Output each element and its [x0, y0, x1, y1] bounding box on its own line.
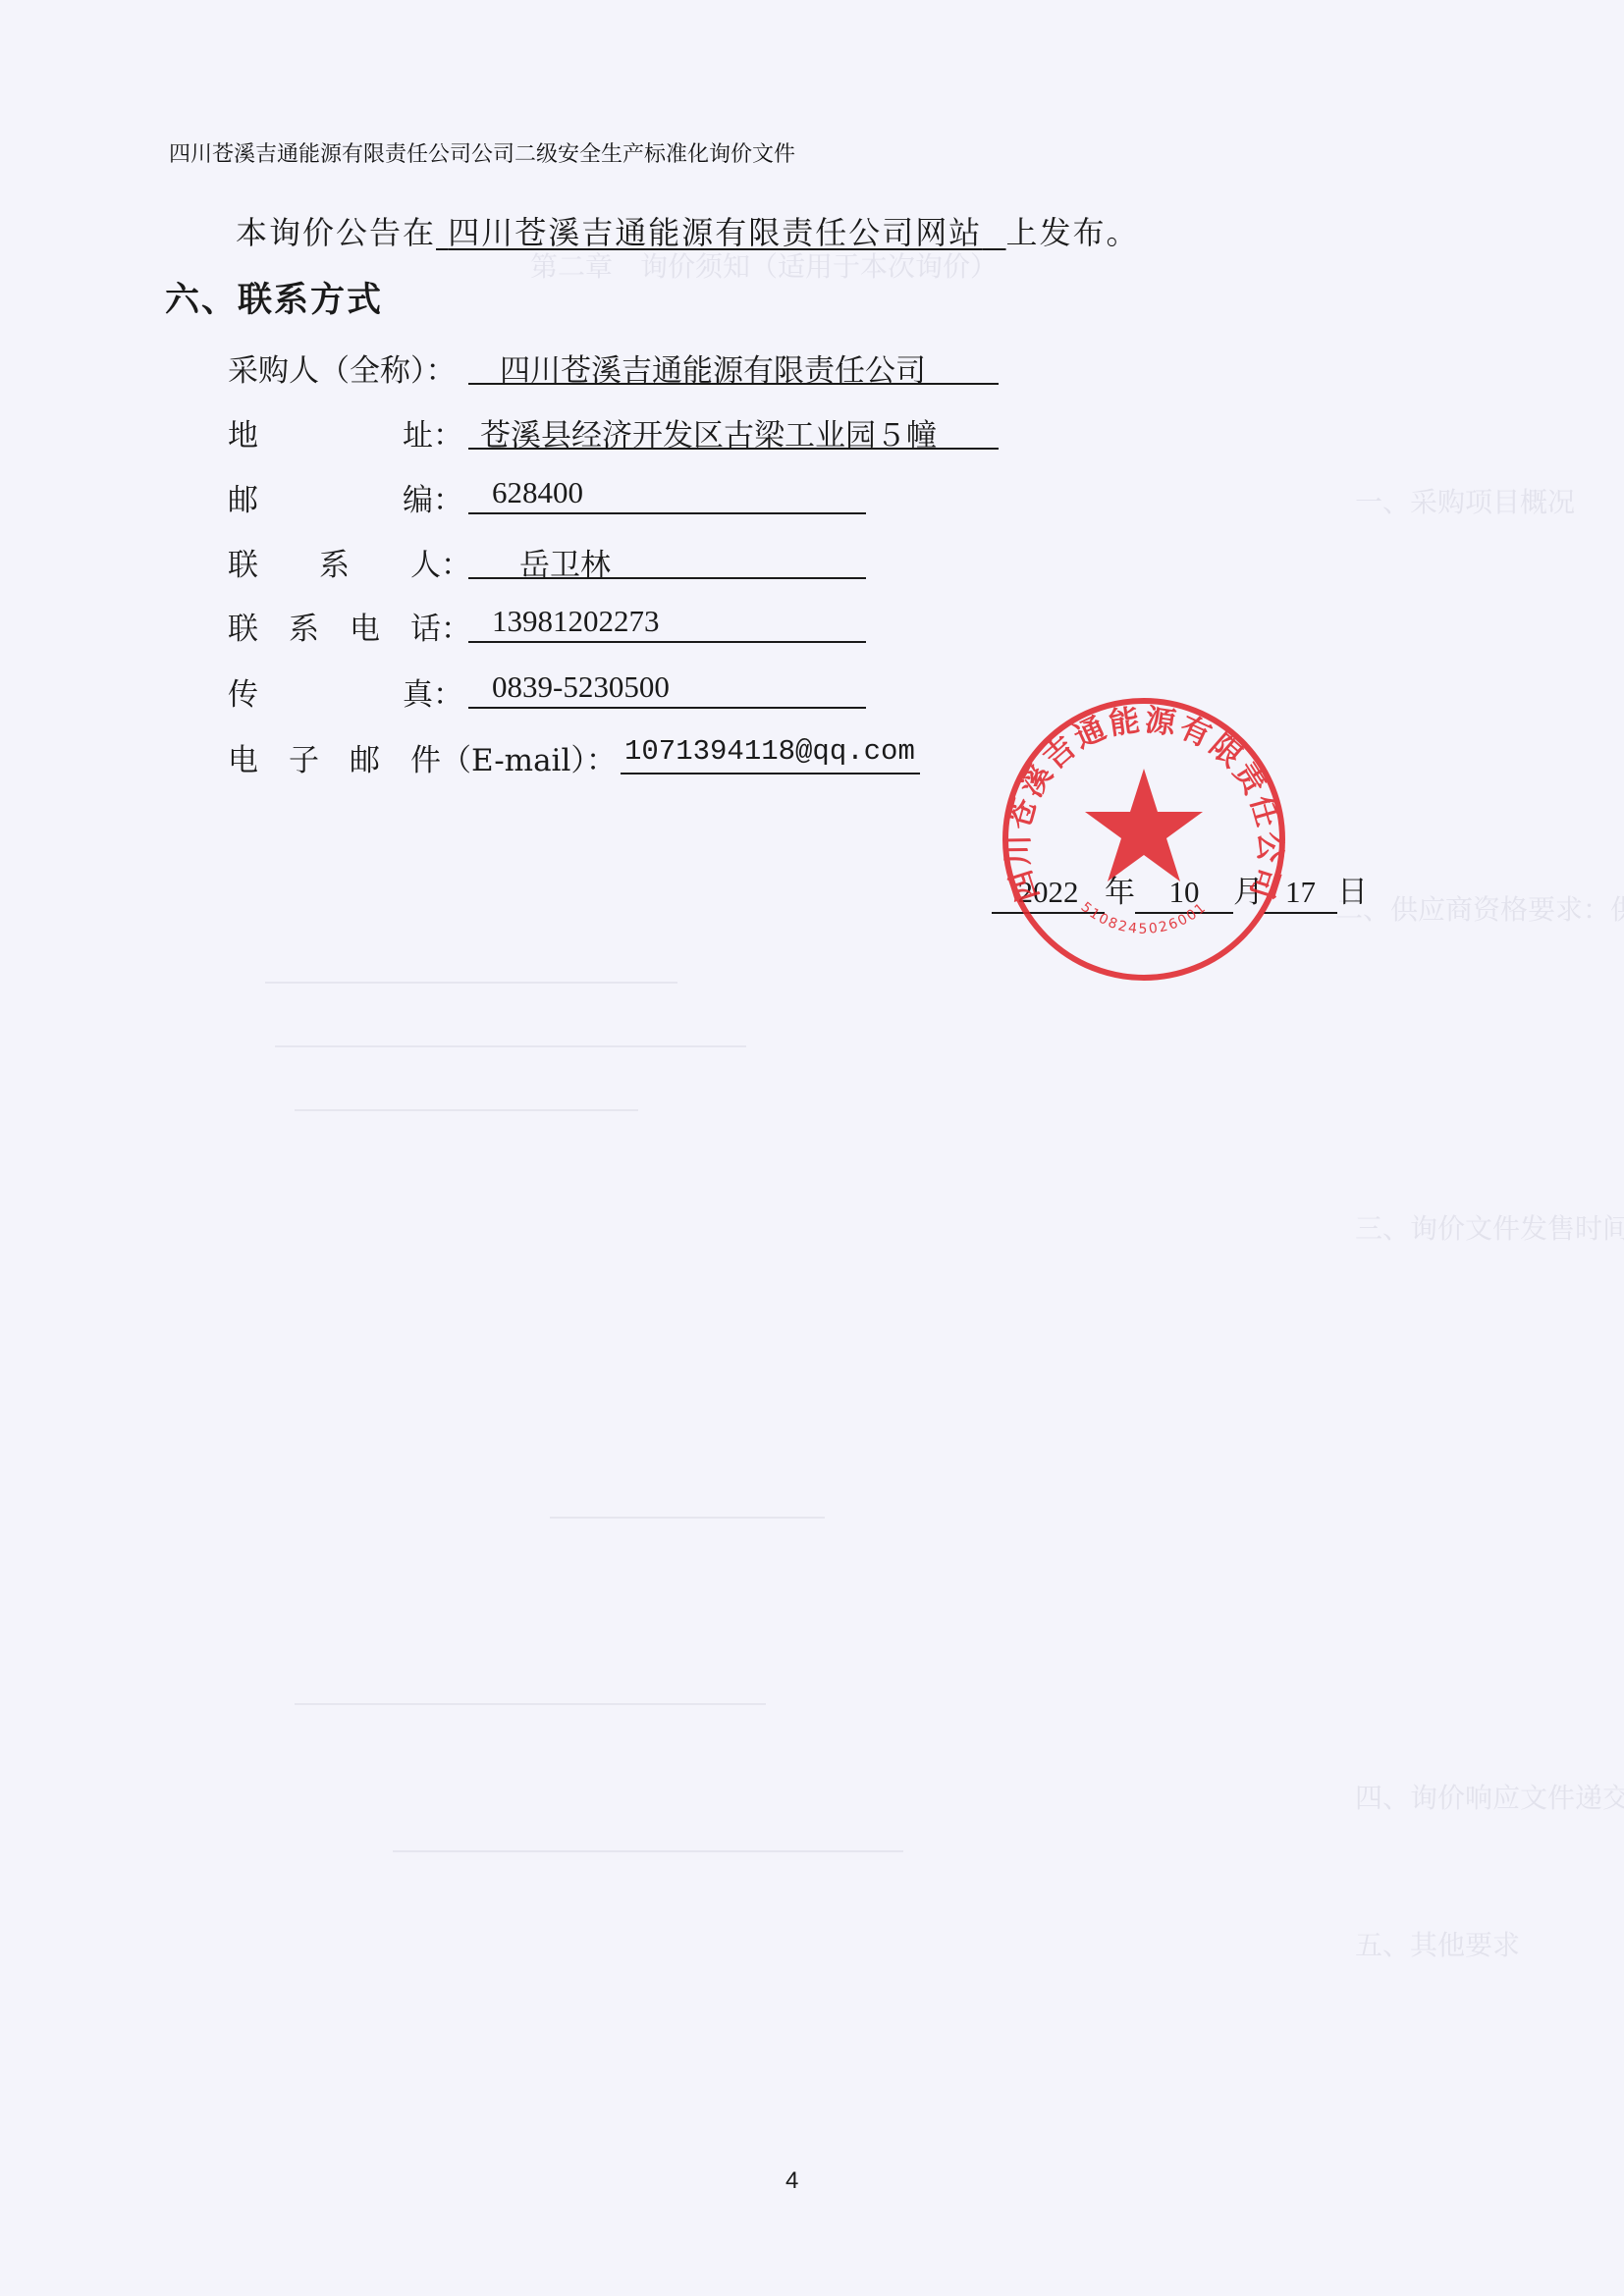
field-value: 岳卫林 [468, 540, 866, 579]
bleed-text: 二、供应商资格要求：供应商应具备下列条件： [1335, 888, 1624, 928]
bleed-text: 四、询价响应文件递交截止时间及递交地点 [1355, 1777, 1624, 1816]
intro-paragraph: 本询价公告在 四川苍溪吉通能源有限责任公司网站 上发布。 [236, 208, 1140, 253]
signature-date: 2022年10月17日 [992, 867, 1368, 910]
page-number: 4 [785, 2167, 798, 2195]
field-address: 地 址： 苍溪县经济开发区古梁工业园５幢 [228, 410, 258, 454]
field-value: 628400 [468, 475, 866, 514]
field-email: 电 子 邮 件（E-mail）： 1071394118@qq.com [228, 735, 617, 778]
date-year: 2022 [992, 875, 1105, 914]
field-value: 苍溪县经济开发区古梁工业园５幢 [468, 410, 999, 450]
field-value: 四川苍溪吉通能源有限责任公司 [468, 346, 999, 385]
field-label: 电 子 邮 件（E-mail）： [228, 735, 617, 779]
date-month: 10 [1135, 875, 1233, 914]
field-label: 邮 [228, 475, 258, 519]
field-label: 联 系 人： [228, 540, 471, 584]
field-contact-person: 联 系 人： 岳卫林 [228, 540, 471, 583]
field-value: 0839-5230500 [468, 669, 866, 709]
bleed-text: 三、询价文件发售时间及地点 [1355, 1207, 1624, 1247]
official-seal-stamp: 四川苍溪吉通能源有限责任公司 5108245026001 [997, 692, 1291, 987]
seal-ring [1005, 701, 1282, 978]
field-postcode: 邮 编： 628400 [228, 475, 258, 518]
field-label: 编： [403, 475, 463, 519]
field-value[interactable]: 1071394118@qq.com [621, 735, 920, 774]
bleed-text: 一、采购项目概况 [1355, 481, 1575, 520]
field-fax: 传 真： 0839-5230500 [228, 669, 258, 713]
date-day: 17 [1264, 875, 1337, 914]
date-year-unit: 年 [1105, 875, 1135, 910]
publisher-name: 四川苍溪吉通能源有限责任公司网站 [436, 214, 1006, 251]
field-value: 13981202273 [468, 604, 866, 643]
field-label: 址： [403, 410, 463, 454]
field-label: 传 [228, 669, 258, 714]
document-header: 四川苍溪吉通能源有限责任公司公司二级安全生产标准化询价文件 [169, 137, 795, 168]
field-purchaser: 采购人（全称）： 四川苍溪吉通能源有限责任公司 [228, 346, 457, 389]
intro-prefix: 本询价公告在 [236, 214, 436, 251]
field-label: 真： [403, 669, 463, 714]
field-phone: 联 系 电 话： 13981202273 [228, 604, 471, 647]
intro-suffix: 上发布。 [1006, 214, 1140, 251]
bleed-text: 五、其他要求 [1355, 1924, 1520, 1963]
field-label: 联 系 电 话： [228, 604, 471, 648]
field-label: 地 [228, 410, 258, 454]
email-link: 1071394118@qq.com [624, 735, 915, 768]
star-icon [1085, 769, 1203, 881]
field-label: 采购人（全称）： [228, 346, 457, 390]
date-month-unit: 月 [1233, 875, 1264, 910]
section-title: 六、联系方式 [165, 273, 383, 322]
date-day-unit: 日 [1337, 875, 1368, 910]
